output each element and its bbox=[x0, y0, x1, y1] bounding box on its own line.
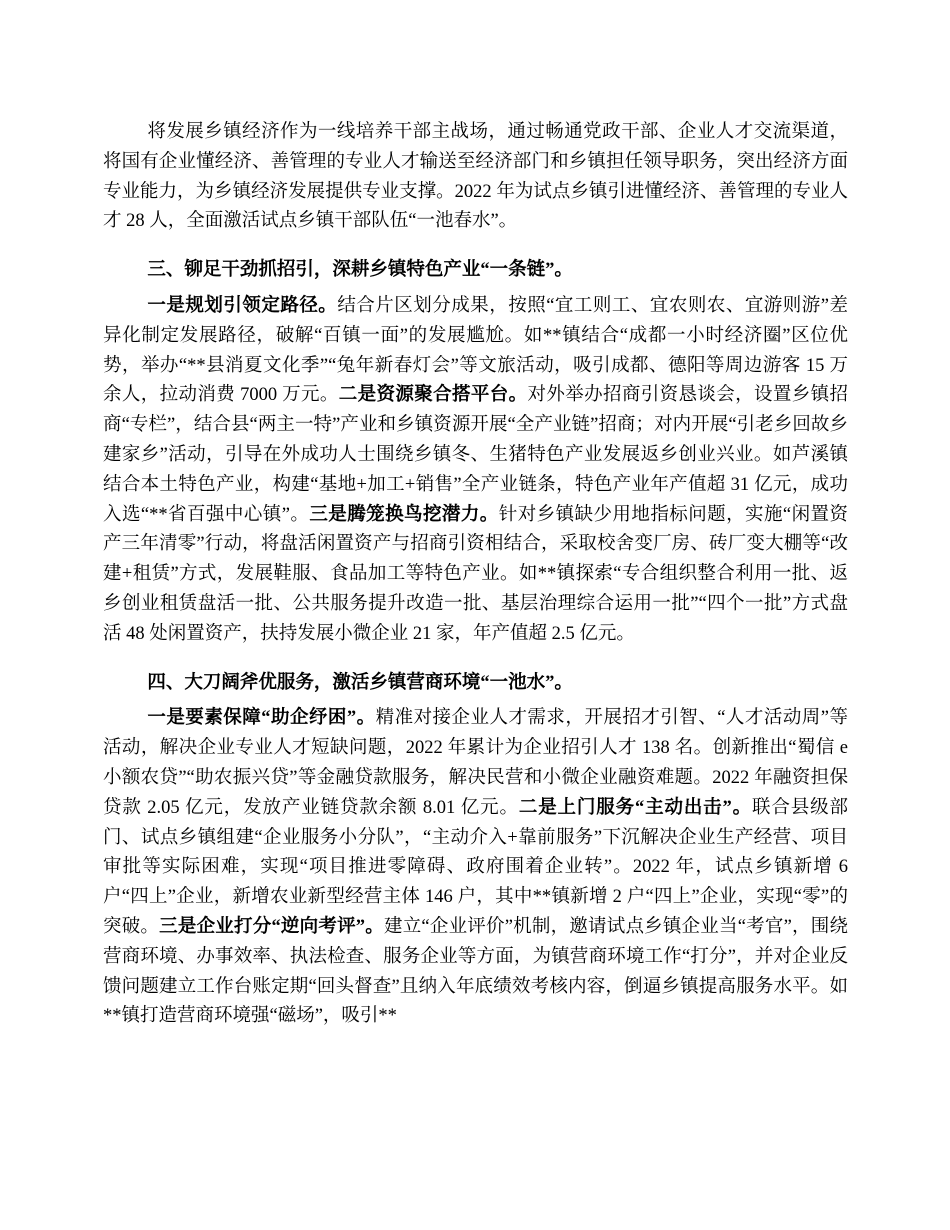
emphasis-run: 二是资源聚合搭平台。 bbox=[339, 385, 528, 405]
heading-text: 三、铆足干劲抓招引，深耕乡镇特色产业“一条链”。 bbox=[147, 260, 573, 280]
document-page: 将发展乡镇经济作为一线培养干部主战场，通过畅通党政干部、企业人才交流渠道，将国有… bbox=[0, 0, 950, 1230]
emphasis-run: 一是规划引领定路径。 bbox=[147, 296, 337, 316]
heading-text: 四、大刀阔斧优服务，激活乡镇营商环境“一池水”。 bbox=[147, 673, 573, 693]
emphasis-run: 一是要素保障“助企纾困”。 bbox=[147, 708, 375, 728]
text-run: 将发展乡镇经济作为一线培养干部主战场，通过畅通党政干部、企业人才交流渠道，将国有… bbox=[103, 122, 848, 231]
body-paragraph: 一是规划引领定路径。结合片区划分成果，按照“宜工则工、宜农则农、宜游则游”差异化… bbox=[103, 292, 848, 650]
section-heading-three: 三、铆足干劲抓招引，深耕乡镇特色产业“一条链”。 bbox=[103, 256, 848, 286]
text-run: 针对乡镇缺少用地指标问题，实施“闲置资产三年清零”行动，将盘活闲置资产与招商引资… bbox=[103, 505, 848, 644]
emphasis-run: 三是腾笼换鸟挖潜力。 bbox=[309, 505, 498, 525]
section-heading-four: 四、大刀阔斧优服务，激活乡镇营商环境“一池水”。 bbox=[103, 669, 848, 699]
emphasis-run: 三是企业打分“逆向考评”。 bbox=[159, 917, 384, 937]
emphasis-run: 二是上门服务“主动出击”。 bbox=[519, 798, 752, 818]
body-paragraph: 一是要素保障“助企纾困”。精准对接企业人才需求，开展招才引智、“人才活动周”等活… bbox=[103, 704, 848, 1032]
body-paragraph: 将发展乡镇经济作为一线培养干部主战场，通过畅通党政干部、企业人才交流渠道，将国有… bbox=[103, 118, 848, 237]
